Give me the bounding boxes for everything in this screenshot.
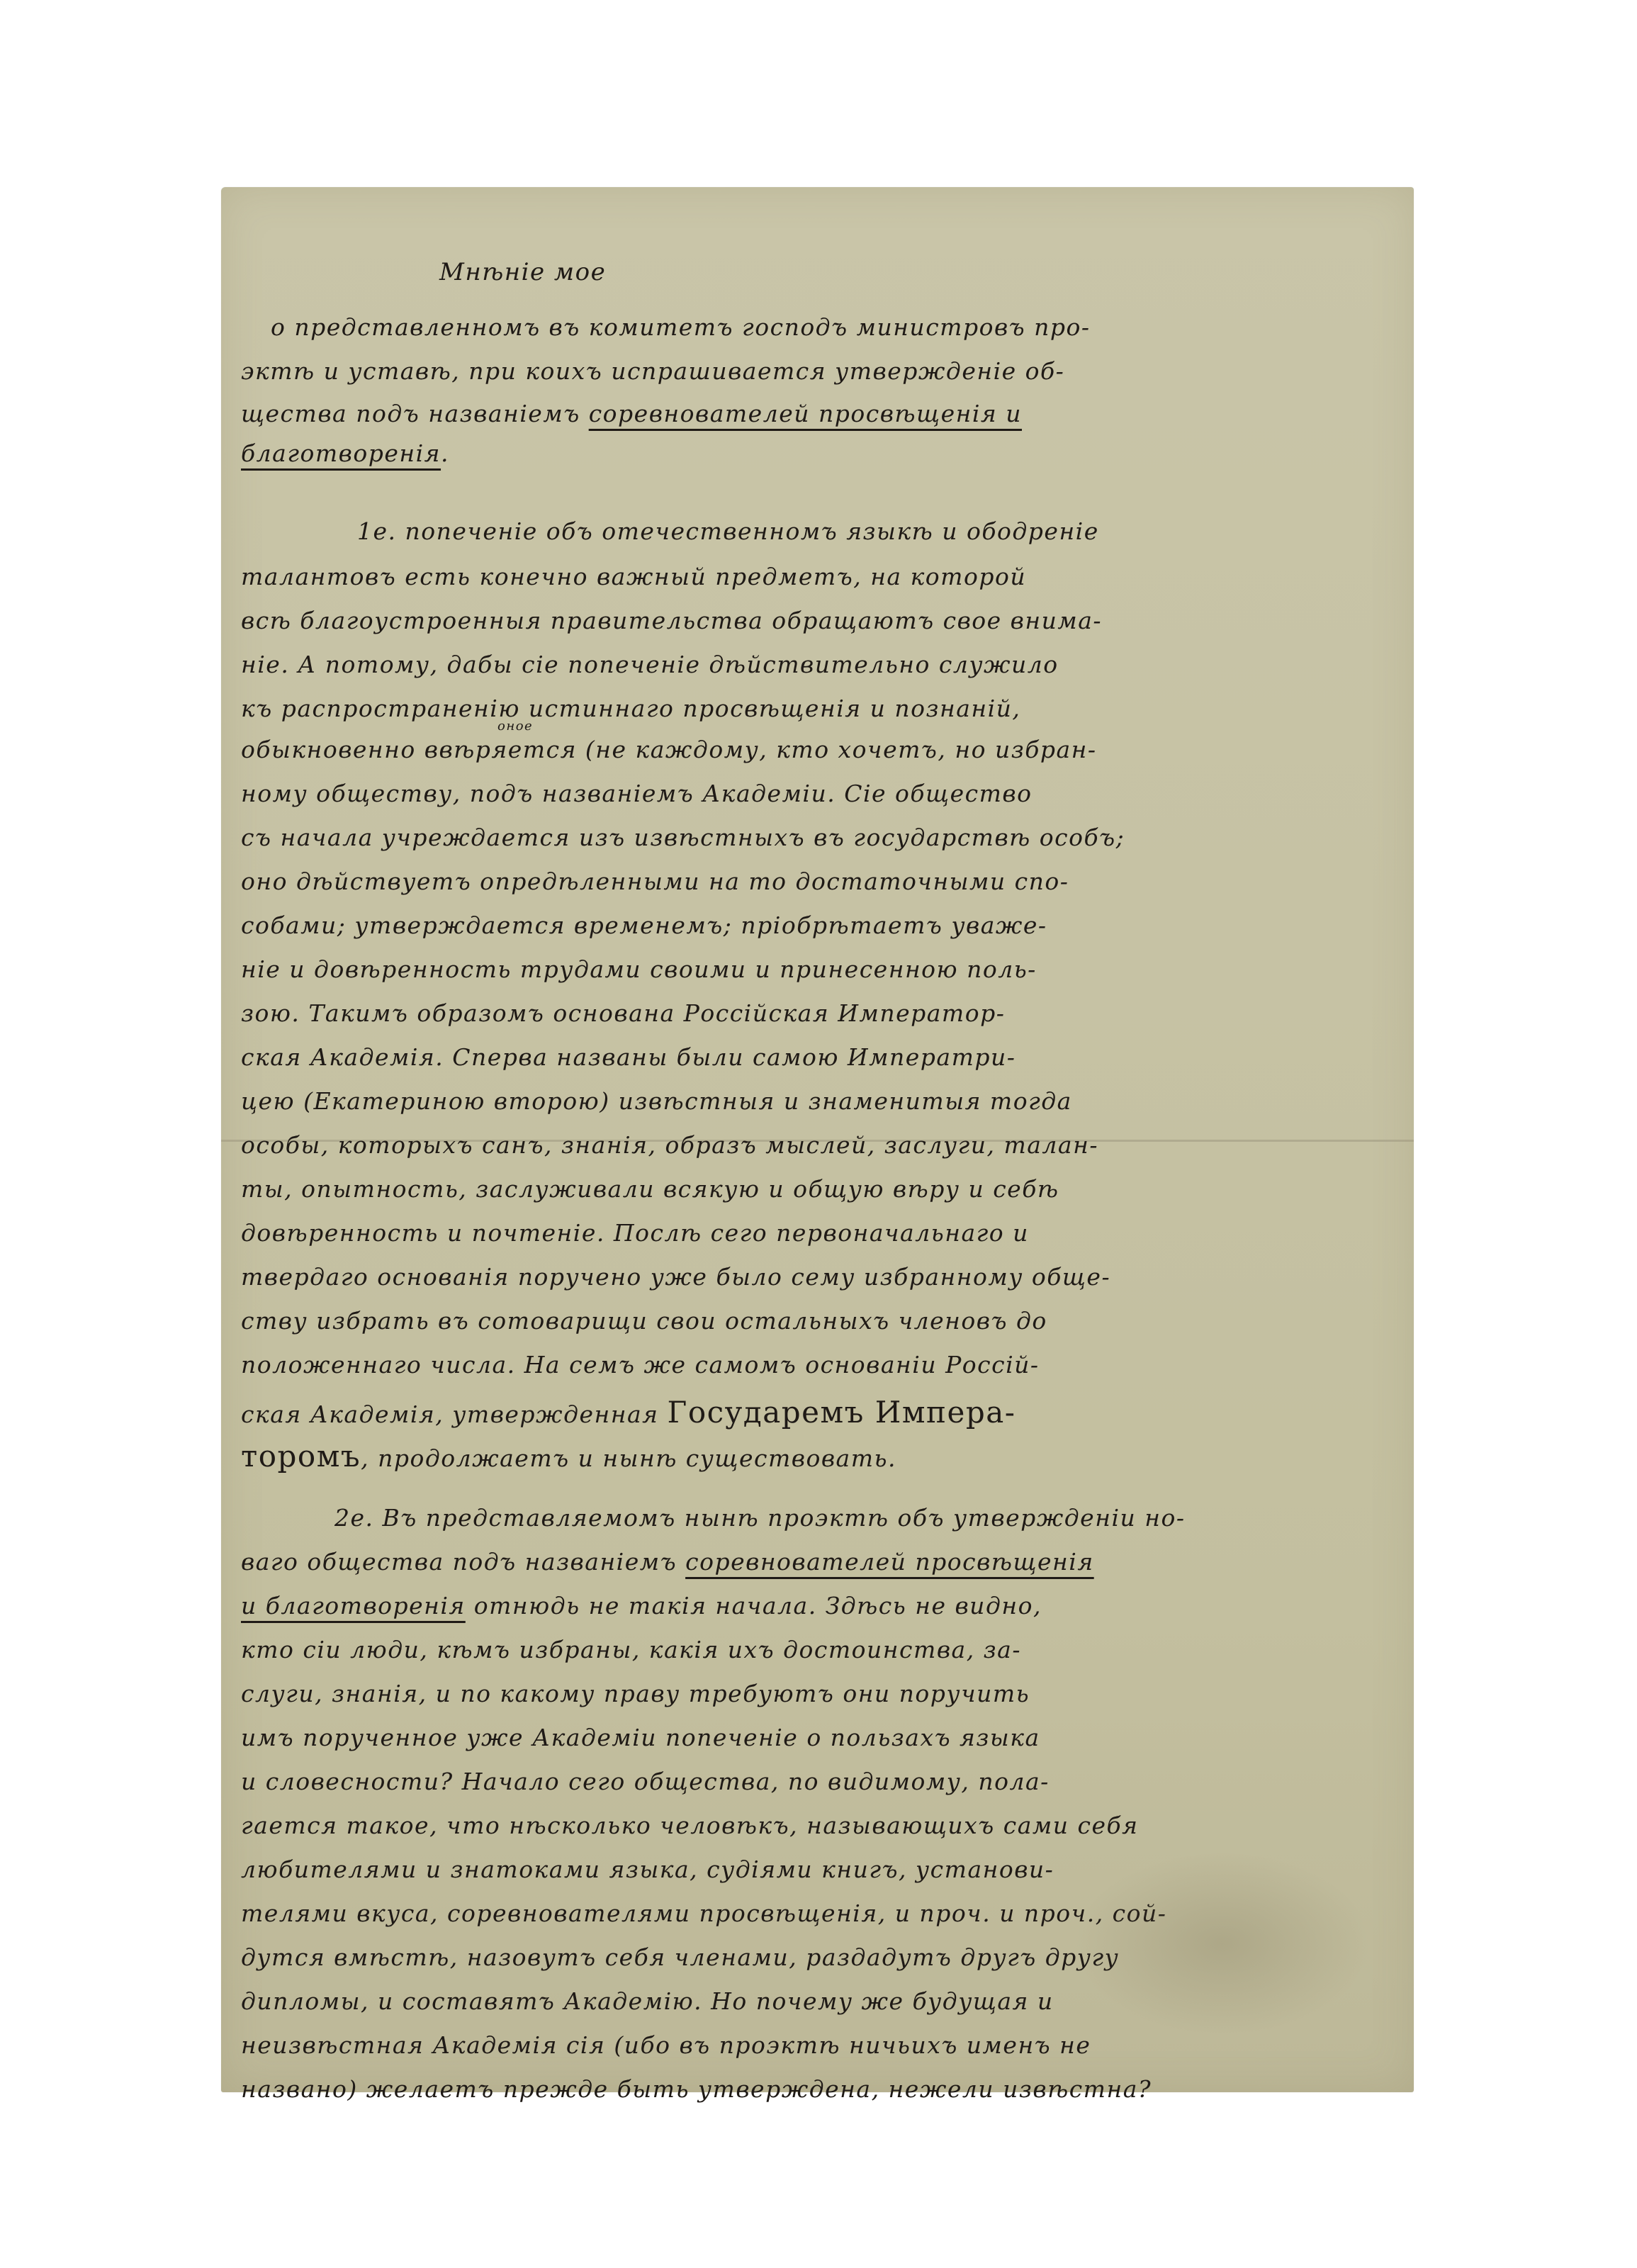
paragraph-1-line: положеннаго числа. На семъ же самомъ осн… [241, 1351, 1040, 1379]
paragraph-2-line: ваго общества подъ названіемъ соревноват… [241, 1548, 1094, 1576]
paragraph-1-line: съ начала учреждается изъ извѣстныхъ въ … [241, 824, 1125, 851]
paragraph-2-line: телями вкуса, соревнователями просвѣщені… [241, 1899, 1166, 1927]
emphasized-sovereign-title: торомъ [241, 1439, 361, 1473]
paragraph-2-line-1: 2е. Въ представляемомъ нынѣ проэктѣ объ … [334, 1504, 1186, 1532]
text-run: отнюдь не такія начала. Здѣсь не видно, [466, 1592, 1042, 1619]
heading-line-4: благотворенія. [241, 439, 449, 467]
paragraph-1-line-1: 1е. попеченіе объ отечественномъ языкѣ и… [357, 517, 1099, 545]
text-run: ваго общества подъ названіемъ [241, 1548, 685, 1576]
paragraph-2-line: дутся вмѣстѣ, назовутъ себя членами, раз… [241, 1943, 1119, 1971]
paragraph-2-line: названо) желаетъ прежде быть утверждена,… [241, 2075, 1152, 2103]
paragraph-1-line: ніе. А потому, дабы сіе попеченіе дѣйств… [241, 651, 1059, 678]
paragraph-2-line: любителями и знатоками языка, судіями кн… [241, 1856, 1054, 1883]
society-name-underlined: и благотворенія [241, 1592, 466, 1619]
paragraph-1-line: ному обществу, подъ названіемъ Академіи.… [241, 780, 1032, 807]
paragraph-1-line: твердаго основанія поручено уже было сем… [241, 1263, 1110, 1291]
paragraph-2-line: неизвѣстная Академія сія (ибо въ проэктѣ… [241, 2031, 1091, 2059]
society-name-underlined: соревнователей просвѣщенія и [589, 400, 1022, 427]
paragraph-1-line: ская Академія, утвержденная Государемъ И… [241, 1395, 1016, 1430]
paragraph-1-line: къ распространенію истиннаго просвѣщенія… [241, 695, 1020, 722]
paragraph-1-line: обыкновенно ввѣряется (не каждому, кто х… [241, 736, 1097, 763]
document-title: Мнѣніе мое [439, 258, 606, 286]
paragraph-1-line: ству избрать въ сотоварищи свои остальны… [241, 1307, 1047, 1335]
paragraph-1-line: особы, которыхъ санъ, знанія, образъ мыс… [241, 1131, 1098, 1159]
text-run: щества подъ названіемъ [241, 400, 589, 427]
paragraph-1-line: ніе и довѣренность трудами своими и прин… [241, 955, 1037, 983]
paragraph-2-line: дипломы, и составятъ Академію. Но почему… [241, 1987, 1054, 2015]
paragraph-2-line: и словесности? Начало сего общества, по … [241, 1768, 1050, 1795]
paragraph-1-line: цею (Екатериною второю) извѣстныя и знам… [241, 1087, 1072, 1115]
paragraph-2-line: и благотворенія отнюдь не такія начала. … [241, 1592, 1042, 1619]
manuscript-page: Мнѣніе мое о представленномъ въ комитетъ… [221, 187, 1414, 2092]
paragraph-1-line: ская Академія. Сперва названы были самою… [241, 1043, 1016, 1071]
heading-line-1: о представленномъ въ комитетъ господъ ми… [271, 313, 1091, 341]
text-run: ская Академія, утвержденная [241, 1400, 668, 1428]
paragraph-1-line: зою. Такимъ образомъ основана Россійская… [241, 999, 1005, 1027]
emphasized-sovereign-title: Государемъ Импера- [668, 1395, 1016, 1430]
paragraph-2-line: кто сіи люди, кѣмъ избраны, какія ихъ до… [241, 1636, 1021, 1663]
interlinear-insertion: оное [497, 719, 533, 734]
paragraph-1-line: ты, опытность, заслуживали всякую и общу… [241, 1175, 1059, 1203]
heading-line-3: щества подъ названіемъ соревнователей пр… [241, 400, 1022, 427]
paragraph-1-line: талантовъ есть конечно важный предметъ, … [241, 563, 1026, 590]
text-run: , продолжаетъ и нынѣ существовать. [361, 1444, 896, 1472]
paragraph-1-line: всѣ благоустроенныя правительства обраща… [241, 607, 1102, 634]
society-name-underlined: соревнователей просвѣщенія [685, 1548, 1094, 1576]
paragraph-1-line: собами; утверждается временемъ; пріобрѣт… [241, 911, 1047, 939]
paragraph-2-line: слуги, знанія, и по какому праву требуют… [241, 1680, 1030, 1707]
paragraph-2-line: имъ порученное уже Академіи попеченіе о … [241, 1724, 1040, 1751]
society-name-underlined: благотворенія [241, 439, 441, 467]
paragraph-2-line: гается такое, что нѣсколько человѣкъ, на… [241, 1812, 1138, 1839]
heading-line-2: эктѣ и уставѣ, при коихъ испрашивается у… [241, 357, 1064, 385]
paragraph-1-line: довѣренность и почтеніе. Послѣ сего перв… [241, 1219, 1029, 1247]
text-run: . [441, 439, 449, 467]
paragraph-1-line: оно дѣйствуетъ опредѣленными на то доста… [241, 868, 1069, 895]
paragraph-1-line: торомъ, продолжаетъ и нынѣ существовать. [241, 1439, 896, 1473]
